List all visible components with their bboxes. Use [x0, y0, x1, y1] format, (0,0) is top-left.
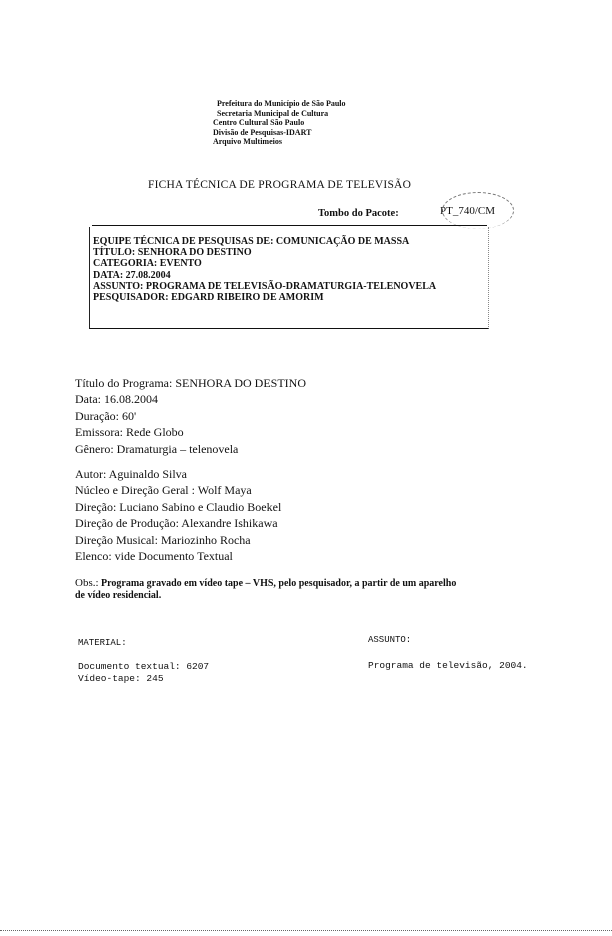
material-item: Vídeo-tape: 245	[78, 673, 209, 685]
tombo-value: PT_740/CM	[440, 205, 495, 217]
letterhead-line: Centro Cultural São Paulo	[213, 118, 346, 128]
material-list: Documento textual: 6207 Vídeo-tape: 245	[78, 661, 209, 684]
scan-edge	[0, 930, 612, 933]
program-genre: Gênero: Dramaturgia – telenovela	[75, 441, 306, 457]
obs-label: Obs.:	[75, 577, 99, 589]
program-date: Data: 16.08.2004	[75, 391, 306, 407]
crew-music: Direção Musical: Mariozinho Rocha	[75, 532, 281, 548]
crew-details: Autor: Aguinaldo Silva Núcleo e Direção …	[75, 466, 281, 564]
crew-author: Autor: Aguinaldo Silva	[75, 466, 281, 482]
info-category: CATEGORIA: EVENTO	[93, 258, 436, 269]
obs-text-cont: de vídeo residencial.	[75, 590, 456, 602]
divider	[92, 225, 487, 226]
info-subject: ASSUNTO: PROGRAMA DE TELEVISÃO-DRAMATURG…	[93, 281, 436, 292]
info-date: DATA: 27.08.2004	[93, 270, 436, 281]
material-heading: MATERIAL:	[78, 638, 127, 648]
program-title: Título do Programa: SENHORA DO DESTINO	[75, 375, 306, 391]
document-title: FICHA TÉCNICA DE PROGRAMA DE TELEVISÃO	[148, 179, 411, 191]
info-title: TÍTULO: SENHORA DO DESTINO	[93, 247, 436, 258]
letterhead: Prefeitura do Município de São Paulo Sec…	[213, 99, 346, 147]
program-broadcaster: Emissora: Rede Globo	[75, 424, 306, 440]
program-details: Título do Programa: SENHORA DO DESTINO D…	[75, 375, 306, 457]
tombo-label: Tombo do Pacote:	[318, 208, 399, 219]
info-researcher: PESQUISADOR: EDGARD RIBEIRO DE AMORIM	[93, 292, 436, 303]
info-team: EQUIPE TÉCNICA DE PESQUISAS DE: COMUNICA…	[93, 236, 436, 247]
program-duration: Duração: 60'	[75, 408, 306, 424]
assunto-value: Programa de televisão, 2004.	[368, 660, 528, 671]
assunto-heading: ASSUNTO:	[368, 635, 411, 645]
observation: Obs.: Programa gravado em vídeo tape – V…	[75, 577, 456, 603]
letterhead-line: Prefeitura do Município de São Paulo	[213, 99, 346, 109]
info-box-content: EQUIPE TÉCNICA DE PESQUISAS DE: COMUNICA…	[93, 236, 436, 303]
letterhead-line: Divisão de Pesquisas-IDART	[213, 128, 346, 138]
letterhead-line: Secretaria Municipal de Cultura	[213, 109, 346, 119]
crew-general-direction: Núcleo e Direção Geral : Wolf Maya	[75, 482, 281, 498]
letterhead-line: Arquivo Multimeios	[213, 137, 346, 147]
crew-direction: Direção: Luciano Sabino e Claudio Boekel	[75, 499, 281, 515]
material-item: Documento textual: 6207	[78, 661, 209, 673]
crew-production: Direção de Produção: Alexandre Ishikawa	[75, 515, 281, 531]
crew-cast: Elenco: vide Documento Textual	[75, 548, 281, 564]
obs-text: Programa gravado em vídeo tape – VHS, pe…	[101, 578, 456, 589]
